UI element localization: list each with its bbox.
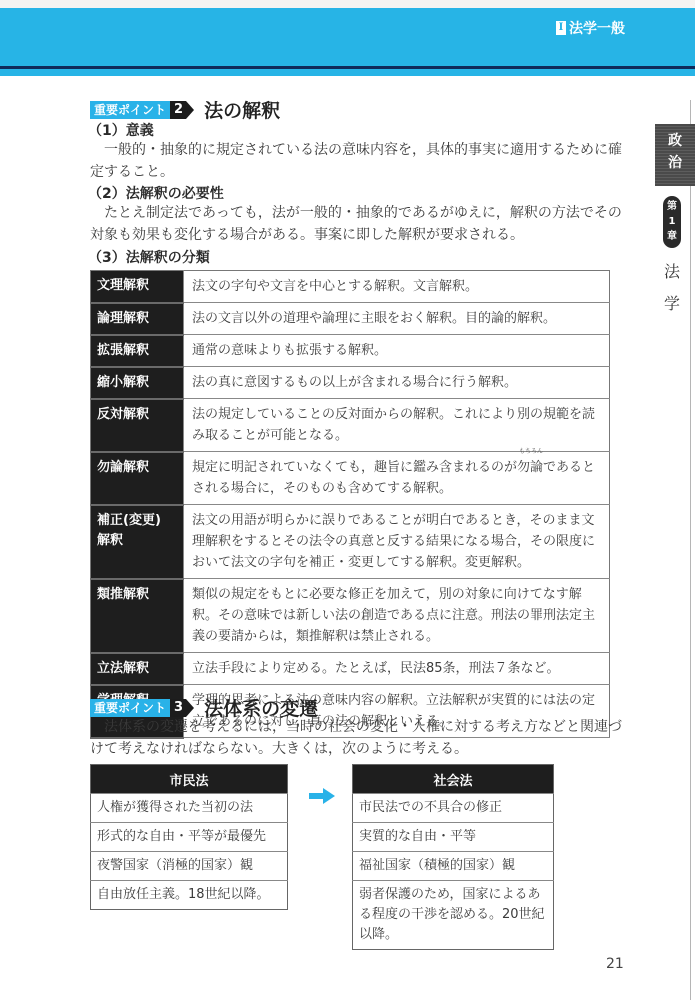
civil-law-box: 市民法 人権が獲得された当初の法 形式的な自由・平等が最優先 夜警国家（消極的国… — [90, 764, 288, 910]
social-law-header: 社会法 — [353, 765, 554, 794]
side-tab-char: 法 — [660, 256, 684, 288]
list-item: 弱者保護のため，国家によるある程度の干渉を認める。20世紀以降。 — [353, 881, 554, 950]
side-tab-section: 政 治 — [655, 124, 695, 186]
table-row: 縮小解釈 法の真に意図するもの以上が含まれる場合に行う解釈。 — [91, 367, 610, 399]
social-law-box: 社会法 市民法での不具合の修正 実質的な自由・平等 福祉国家（積極的国家）観 弱… — [352, 764, 554, 950]
important-point-badge: 重要ポイント 3 — [90, 699, 186, 717]
list-item: 夜警国家（消極的国家）観 — [91, 852, 288, 881]
list-item: 実質的な自由・平等 — [353, 823, 554, 852]
page-number: 21 — [606, 956, 624, 972]
table-row: 拡張解釈 通常の意味よりも拡張する解釈。 — [91, 335, 610, 367]
table-row: 補正(変更)解釈 法文の用語が明らかに誤りであることが明白であるとき，そのまま文… — [91, 505, 610, 579]
term-cell: 縮小解釈 — [91, 367, 184, 399]
list-item: 形式的な自由・平等が最優先 — [91, 823, 288, 852]
header-band-lower — [0, 69, 695, 76]
section-title: 法の解釈 — [204, 96, 280, 123]
badge-label: 重要ポイント — [90, 101, 170, 119]
desc-text: 規定に明記されていなくても，趣旨に鑑み含まれるのが — [192, 460, 517, 475]
important-point-badge: 重要ポイント 2 — [90, 101, 186, 119]
term-cell: 立法解釈 — [91, 653, 184, 685]
desc-cell: 立法手段により定める。たとえば，民法85条，刑法７条など。 — [184, 653, 610, 685]
desc-cell: 類似の規定をもとに必要な修正を加えて，別の対象に向けてなす解釈。その意味では新し… — [184, 579, 610, 653]
desc-cell: 通常の意味よりも拡張する解釈。 — [184, 335, 610, 367]
side-tab-subject: 法 学 — [660, 256, 684, 320]
term-cell: 類推解釈 — [91, 579, 184, 653]
desc-cell: 法文の字句や文言を中心とする解釈。文言解釈。 — [184, 271, 610, 303]
badge-label: 重要ポイント — [90, 699, 170, 717]
civil-law-header: 市民法 — [91, 765, 288, 794]
table-row: 勿論解釈 規定に明記されていなくても，趣旨に鑑み含まれるのがもちろん勿論であると… — [91, 452, 610, 505]
chapter-number: I — [556, 21, 566, 35]
paragraph-law-evolution: 法体系の変遷を考えるには，当時の社会の変化・人権に対する考え方などと関連づけて考… — [90, 716, 630, 760]
side-tab-char: 政 — [655, 130, 695, 152]
term-line: 補正(変更) — [97, 511, 177, 531]
term-cell: 論理解釈 — [91, 303, 184, 335]
side-tab-char: 第 — [663, 199, 681, 214]
term-cell: 拡張解釈 — [91, 335, 184, 367]
term-cell: 反対解釈 — [91, 399, 184, 452]
list-item: 自由放任主義。18世紀以降。 — [91, 881, 288, 910]
term-cell: 補正(変更)解釈 — [91, 505, 184, 579]
desc-cell: 法の規定していることの反対面からの解釈。これにより別の規範を読み取ることが可能と… — [184, 399, 610, 452]
subheading-definition: （1）意義 — [88, 120, 154, 140]
term-line: 解釈 — [97, 531, 177, 551]
desc-cell: 規定に明記されていなくても，趣旨に鑑み含まれるのがもちろん勿論であるとされる場合… — [184, 452, 610, 505]
subheading-classification: （3）法解釈の分類 — [88, 247, 210, 267]
interpretation-table: 文理解釈 法文の字句や文言を中心とする解釈。文言解釈。 論理解釈 法の文言以外の… — [90, 270, 610, 739]
side-tab-chapter-pill: 第 1 章 — [663, 196, 681, 248]
right-margin-rule — [690, 100, 691, 1000]
term-cell: 文理解釈 — [91, 271, 184, 303]
list-item: 人権が獲得された当初の法 — [91, 794, 288, 823]
paragraph-necessity: たとえ制定法であっても，法が一般的・抽象的であるがゆえに，解釈の方法でその対象も… — [90, 202, 630, 246]
side-tab-char: 1 — [663, 214, 681, 229]
point2-heading: 重要ポイント 2 法の解釈 — [90, 96, 280, 123]
table-row: 文理解釈 法文の字句や文言を中心とする解釈。文言解釈。 — [91, 271, 610, 303]
ruby-reading: もちろん — [519, 448, 543, 456]
side-tab-char: 治 — [655, 152, 695, 174]
ruby-base: 勿論 — [517, 460, 543, 475]
badge-number: 3 — [170, 699, 186, 717]
desc-cell: 法の真に意図するもの以上が含まれる場合に行う解釈。 — [184, 367, 610, 399]
badge-number: 2 — [170, 101, 186, 119]
desc-cell: 法文の用語が明らかに誤りであることが明白であるとき，そのまま文理解釈をするとその… — [184, 505, 610, 579]
paragraph-definition: 一般的・抽象的に規定されている法の意味内容を，具体的事実に適用するために確定する… — [90, 139, 630, 183]
desc-cell: 法の文言以外の道理や論理に主眼をおく解釈。目的論的解釈。 — [184, 303, 610, 335]
term-cell: 勿論解釈 — [91, 452, 184, 505]
chapter-title: 法学一般 — [569, 18, 625, 38]
page-top-edge — [0, 0, 695, 8]
subheading-necessity: （2）法解釈の必要性 — [88, 183, 224, 203]
ruby-word: もちろん勿論 — [517, 457, 543, 478]
chapter-label: I 法学一般 — [556, 18, 625, 38]
table-row: 反対解釈 法の規定していることの反対面からの解釈。これにより別の規範を読み取るこ… — [91, 399, 610, 452]
table-row: 論理解釈 法の文言以外の道理や論理に主眼をおく解釈。目的論的解釈。 — [91, 303, 610, 335]
side-tab-char: 章 — [663, 229, 681, 244]
table-row: 類推解釈 類似の規定をもとに必要な修正を加えて，別の対象に向けてなす解釈。その意… — [91, 579, 610, 653]
list-item: 福祉国家（積極的国家）観 — [353, 852, 554, 881]
side-tab-char: 学 — [660, 288, 684, 320]
arrow-right-icon — [309, 788, 335, 804]
list-item: 市民法での不具合の修正 — [353, 794, 554, 823]
table-row: 立法解釈 立法手段により定める。たとえば，民法85条，刑法７条など。 — [91, 653, 610, 685]
